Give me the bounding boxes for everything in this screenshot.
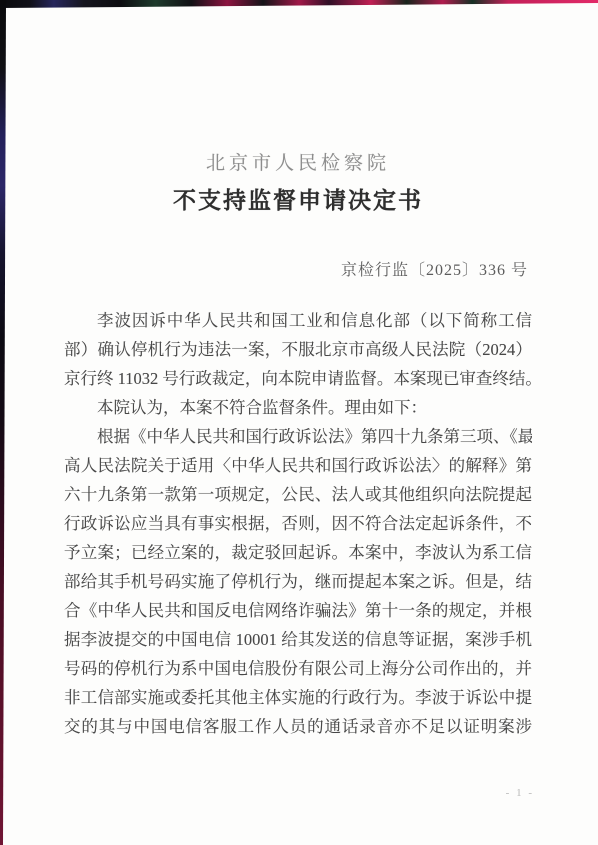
paragraph-1: 李波因诉中华人民共和国工业和信息化部（以下简称工信 部）确认停机行为违法一案，不… — [64, 306, 532, 393]
document-issuer: 北京市人民检察院 — [64, 148, 532, 175]
document-content: 北京市人民检察院 不支持监督申请决定书 京检行监〔2025〕336 号 李波因诉… — [64, 0, 532, 741]
paragraph-3: 根据《中华人民共和国行政诉讼法》第四十九条第三项、《最 高人民法院关于适用〈中华… — [64, 422, 532, 741]
document-title: 不支持监督申请决定书 — [64, 182, 532, 215]
text-line: 本院认为，本案不符合监督条件。理由如下： — [64, 393, 532, 422]
text-line: 六十九条第一款第一项规定，公民、法人或其他组织向法院提起 — [64, 480, 532, 509]
text-line: 高人民法院关于适用〈中华人民共和国行政诉讼法〉的解释》第 — [64, 451, 532, 480]
text-line: 行政诉讼应当具有事实根据，否则，因不符合法定起诉条件，不 — [64, 509, 532, 538]
text-line: 京行终 11032 号行政裁定，向本院申请监督。本案现已审查终结。 — [64, 364, 532, 393]
text-line: 予立案；已经立案的，裁定驳回起诉。本案中，李波认为系工信 — [64, 538, 532, 567]
text-line: 部）确认停机行为违法一案，不服北京市高级人民法院（2024） — [64, 335, 532, 364]
scan-artifact-left-edge — [0, 0, 6, 845]
scanned-document-page: 北京市人民检察院 不支持监督申请决定书 京检行监〔2025〕336 号 李波因诉… — [0, 0, 598, 845]
document-number: 京检行监〔2025〕336 号 — [64, 257, 532, 280]
text-line: 交的其与中国电信客服工作人员的通话录音亦不足以证明案涉 — [64, 712, 532, 741]
text-line: 合《中华人民共和国反电信网络诈骗法》第十一条的规定，并根 — [64, 596, 532, 625]
page-number: - 1 - — [506, 787, 534, 799]
document-body: 李波因诉中华人民共和国工业和信息化部（以下简称工信 部）确认停机行为违法一案，不… — [64, 306, 532, 741]
text-line: 部给其手机号码实施了停机行为，继而提起本案之诉。但是，结 — [64, 567, 532, 596]
text-line: 号码的停机行为系中国电信股份有限公司上海分公司作出的，并 — [64, 654, 532, 683]
paragraph-2: 本院认为，本案不符合监督条件。理由如下： — [64, 393, 532, 422]
text-line: 李波因诉中华人民共和国工业和信息化部（以下简称工信 — [64, 306, 532, 335]
text-line: 非工信部实施或委托其他主体实施的行政行为。李波于诉讼中提 — [64, 683, 532, 712]
text-line: 根据《中华人民共和国行政诉讼法》第四十九条第三项、《最 — [64, 422, 532, 451]
text-line: 据李波提交的中国电信 10001 给其发送的信息等证据，案涉手机 — [64, 625, 532, 654]
